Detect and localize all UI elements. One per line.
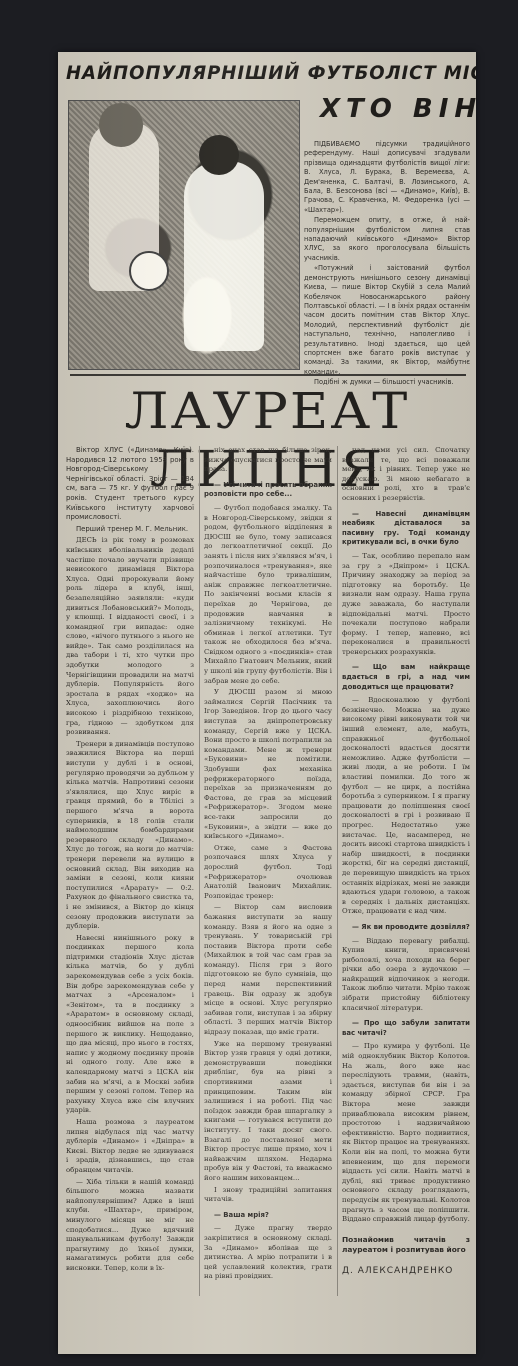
paragraph: Тренери в динамівців поступово зважилися… [66,740,194,932]
answer: — Вдосконалюю у футболі безкінечно. Можн… [342,696,470,917]
answer: — Віддаю перевагу рибалці. Купив книги, … [342,937,470,1014]
answer: — Так, особливо перепало нам за гру з «Д… [342,552,470,658]
article-body: Віктор ХЛУС («Динамо», Київ). Народився … [66,446,472,1326]
newspaper-clipping: НАЙПОПУЛЯРНІШИЙ ФУТБОЛІСТ МІСЯЦЯ. ХТО ВІ… [58,52,476,1354]
paragraph: ДЕСЬ із рік тому в розмовах київських вб… [66,536,194,737]
answer: — Про кумира у футболі. Це мій одноклубн… [342,1042,470,1224]
column-divider [337,446,338,1296]
paragraph: — Віктор сам висловив бажання виступати … [204,903,332,1037]
question: — Що вам найкраще вдається в грі, а над … [342,663,470,692]
player-photo [68,100,300,370]
paragraph: У ДЮСШ разом зі мною займалися Сергій Па… [204,688,332,842]
player-head-right [199,135,239,175]
column-divider [199,446,200,1296]
answer: — Дуже прагну твердо закріпитися в основ… [204,1224,332,1282]
author-caption: Познайомив читачів з лауреатом і розпиту… [342,1235,470,1255]
paragraph: Навесні нинішнього року в поєдинках перш… [66,934,194,1116]
paragraph: Отже, саме з Фастова розпочався шлях Хлу… [204,844,332,902]
paragraph: Уже на першому тренуванні Віктор узяв гр… [204,1040,332,1184]
question: — Навесні динамівцям неабияк діставалося… [342,510,470,548]
intro-text: ПІДБИВАЄМО підсумки традиційного референ… [304,140,470,389]
intro-paragraph: Переможцем опиту, в отже, й най­популярн… [304,216,470,263]
player-bio: Віктор ХЛУС («Динамо», Київ). Народився … [66,446,194,523]
player-figure-right [184,161,264,351]
paragraph: — Футбол подобався змалку. Та в Новгород… [204,504,332,686]
first-coach: Перший тренер М. Г. Мельник. [66,525,194,535]
intro-paragraph: «Потужний і заістований футбол демонстру… [304,264,470,377]
question: — Усі читачі просять обрання розповісти … [204,481,332,500]
divider [70,374,466,376]
paragraph: ніх очах став ще більше зірок, нижче опу… [204,446,332,475]
paragraph: Наша розмова з лауреатом липня відбулася… [66,1118,194,1176]
author-signature: Д. АЛЕКСАНДРЕНКО [342,1267,470,1277]
question: — Як ви проводите дозвілля? [342,923,470,933]
question: — Про що забули запитати вас читачі? [342,1019,470,1038]
column-1: Віктор ХЛУС («Динамо», Київ). Народився … [66,446,194,1275]
paragraph: — Хіба тільки в нашій команді більшого м… [66,1178,194,1274]
paragraph: І знову традиційні запитання читачів. [204,1186,332,1205]
subheadline: ХТО ВІН? [320,94,476,124]
football-icon [129,251,169,291]
intro-paragraph: ПІДБИВАЄМО підсумки традиційного референ… [304,140,470,215]
column-3: над нами усі сил. Спочатку вважали те, щ… [342,446,470,1276]
player-head-left [99,103,143,147]
column-2: ніх очах став ще більше зірок, нижче опу… [204,446,332,1284]
headline: НАЙПОПУЛЯРНІШИЙ ФУТБОЛІСТ МІСЯЦЯ. [66,62,476,84]
paragraph: над нами усі сил. Спочатку вважали те, щ… [342,446,470,504]
question: — Ваша мрія? [204,1211,332,1221]
